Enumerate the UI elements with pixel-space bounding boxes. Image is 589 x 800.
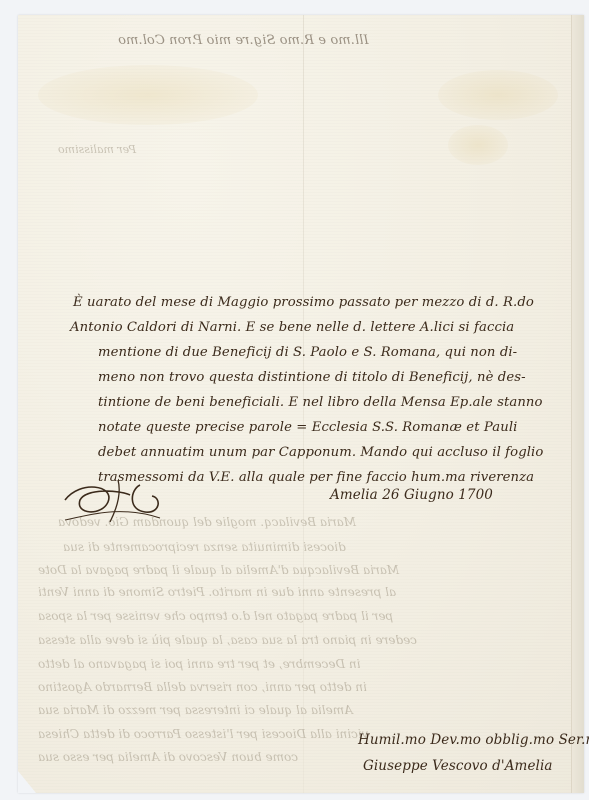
water-stain (438, 70, 558, 120)
body-line: È uarato del mese di Maggio prossimo pas… (73, 295, 534, 310)
margin-note: Per malissimo (58, 143, 136, 156)
bleed-through-line: al presente anni due in marito. Pietro S… (38, 585, 396, 599)
bleed-through-line: Amelia al quale ci interessa per mezzo d… (38, 703, 353, 717)
body-line: notate queste precise parole = Ecclesia … (98, 420, 517, 435)
water-stain (448, 125, 508, 165)
body-line: debet annuatim unum par Capponum. Mando … (98, 445, 543, 460)
bleed-through-line: diocesi diminuita senza reciprocamente d… (63, 540, 346, 554)
body-line: mentione di due Beneficij di S. Paolo e … (98, 345, 517, 360)
signature: Giuseppe Vescovo d'Amelia (363, 758, 553, 774)
letter-header: Ill.mo e R.mo Sig.re mio P.ron Col.mo (118, 33, 369, 48)
bleed-through-line: cedere in piano tra la sua casa, la qual… (38, 633, 417, 647)
bleed-through-line: vicini alla Diocesi per l'istesso Parroc… (38, 727, 368, 741)
bleed-through-line: in Decembre, et per tre anni poi si paga… (38, 657, 360, 671)
bleed-through-line: come buon Vescovo di Amelia per esso sua (38, 750, 298, 764)
dateline: Amelia 26 Giugno 1700 (330, 487, 493, 503)
body-line: Antonio Caldori di Narni. E se bene nell… (70, 320, 514, 335)
bleed-through-line: per il padre pagato nel d.o tempo che ve… (38, 609, 393, 623)
manuscript-page: Ill.mo e R.mo Sig.re mio P.ron Col.mo Pe… (18, 15, 584, 793)
bleed-through-line: Maria Bevilacqua d'Amelia al quale il pa… (38, 563, 399, 577)
torn-corner (18, 771, 36, 793)
body-line: meno non trovo questa distintione di tit… (98, 370, 526, 385)
bleed-through-line: Maria Bevilacq. moglie del quondam Gio. … (58, 515, 356, 529)
water-stain (38, 65, 258, 125)
bleed-through-line: in detto per anni, con riserva della Ber… (38, 680, 367, 694)
page-fold-edge (571, 15, 584, 793)
body-line: tintione de beni beneficiali. E nel libr… (98, 395, 543, 410)
closing-salutation: Humil.mo Dev.mo obblig.mo Ser.re (358, 732, 589, 748)
